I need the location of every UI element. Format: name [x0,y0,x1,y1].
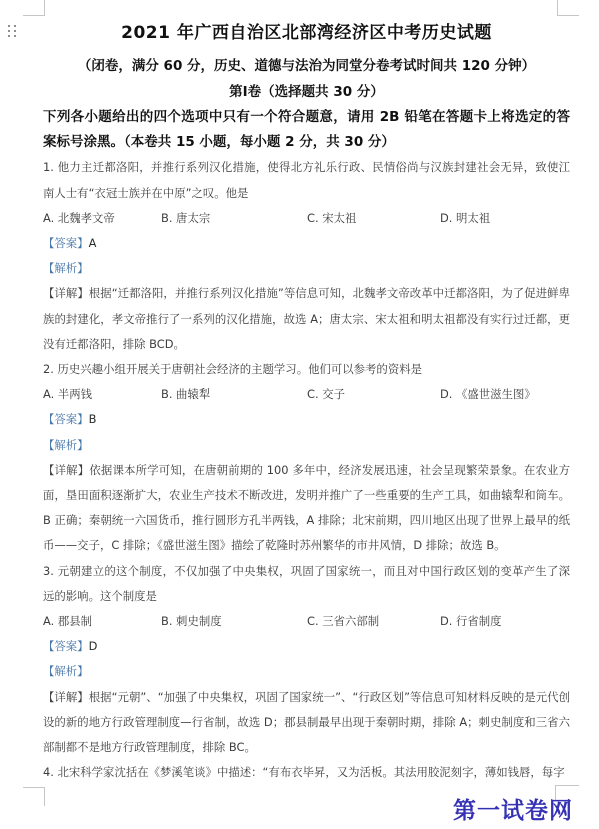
exam-instructions: 下列各小题给出的四个选项中只有一个符合题意，请用 2B 铅笔在答题卡上将选定的答… [43,105,570,155]
analysis-label: 【解析】 [43,261,89,275]
answer-value: B [89,412,97,426]
analysis-label: 【解析】 [43,438,89,452]
exam-subtitle: （闭卷，满分 60 分，历史、道德与法治为同堂分卷考试时间共 120 分钟） [43,54,570,78]
analysis-line: 【解析】 [43,433,570,458]
text-boundary-bottom-left-mark [23,787,45,806]
detail-paragraph: 【详解】根据“迁都洛阳，并推行系列汉化措施”等信息可知，北魏孝文帝改革中迁都洛阳… [43,281,570,357]
drag-handle-icon[interactable] [8,25,16,37]
detail-text: 根据“迁都洛阳，并推行系列汉化措施”等信息可知，北魏孝文帝改革中迁都洛阳，为了促… [43,286,570,350]
option-b: B. 唐太宗 [161,206,307,231]
analysis-label: 【解析】 [43,664,89,678]
detail-label: 【详解】 [43,690,89,704]
question-stem: 1. 他力主迁都洛阳，并推行系列汉化措施，使得北方礼乐行政、民情俗尚与汉族封建社… [43,155,570,205]
text-boundary-top-left-mark [23,0,45,16]
option-a: A. 郡县制 [43,609,161,634]
answer-label: 【答案】 [43,639,89,653]
option-c: C. 三省六部制 [307,609,440,634]
document-page: 2021 年广西自治区北部湾经济区中考历史试题 （闭卷，满分 60 分，历史、道… [43,0,570,785]
detail-text: 根据“元朝”、“加强了中央集权，巩固了国家统一”、“行政区划”等信息可知材料反映… [43,690,570,754]
answer-line: 【答案】B [43,407,570,432]
options-row: A. 郡县制 B. 刺史制度 C. 三省六部制 D. 行省制度 [43,609,570,634]
detail-label: 【详解】 [43,463,89,477]
detail-paragraph: 【详解】依据课本所学可知，在唐朝前期的 100 多年中，经济发展迅速，社会呈现繁… [43,458,570,559]
question-4: 4. 北宋科学家沈括在《梦溪笔谈》中描述：“有布衣毕昇，又为活板。其法用胶泥刻字… [43,760,570,785]
answer-label: 【答案】 [43,236,89,250]
option-b: B. 曲辕犁 [161,382,307,407]
option-d: D. 《盛世滋生图》 [440,382,570,407]
site-watermark: 第一试卷网 [453,792,573,825]
answer-line: 【答案】D [43,634,570,659]
analysis-line: 【解析】 [43,256,570,281]
answer-label: 【答案】 [43,412,89,426]
answer-value: A [89,236,97,250]
answer-value: D [89,639,98,653]
question-stem: 3. 元朝建立的这个制度，不仅加强了中央集权，巩固了国家统一，而且对中国行政区划… [43,559,570,609]
detail-paragraph: 【详解】根据“元朝”、“加强了中央集权，巩固了国家统一”、“行政区划”等信息可知… [43,685,570,761]
analysis-line: 【解析】 [43,659,570,684]
question-3: 3. 元朝建立的这个制度，不仅加强了中央集权，巩固了国家统一，而且对中国行政区划… [43,559,570,761]
option-a: A. 半两钱 [43,382,161,407]
option-c: C. 交子 [307,382,440,407]
detail-text: 依据课本所学可知，在唐朝前期的 100 多年中，经济发展迅速，社会呈现繁荣景象。… [43,463,570,553]
detail-label: 【详解】 [43,286,89,300]
option-b: B. 刺史制度 [161,609,307,634]
option-a: A. 北魏孝文帝 [43,206,161,231]
option-d: D. 行省制度 [440,609,570,634]
options-row: A. 半两钱 B. 曲辕犁 C. 交子 D. 《盛世滋生图》 [43,382,570,407]
question-stem: 4. 北宋科学家沈括在《梦溪笔谈》中描述：“有布衣毕昇，又为活板。其法用胶泥刻字… [43,760,570,785]
question-2: 2. 历史兴趣小组开展关于唐朝社会经济的主题学习。他们可以参考的资料是 A. 半… [43,357,570,559]
options-row: A. 北魏孝文帝 B. 唐太宗 C. 宋太祖 D. 明太祖 [43,206,570,231]
page-title: 2021 年广西自治区北部湾经济区中考历史试题 [43,20,570,46]
section-title: 第Ⅰ卷（选择题共 30 分） [43,80,570,104]
option-d: D. 明太祖 [440,206,570,231]
answer-line: 【答案】A [43,231,570,256]
option-c: C. 宋太祖 [307,206,440,231]
question-stem: 2. 历史兴趣小组开展关于唐朝社会经济的主题学习。他们可以参考的资料是 [43,357,570,382]
question-1: 1. 他力主迁都洛阳，并推行系列汉化措施，使得北方礼乐行政、民情俗尚与汉族封建社… [43,155,570,357]
